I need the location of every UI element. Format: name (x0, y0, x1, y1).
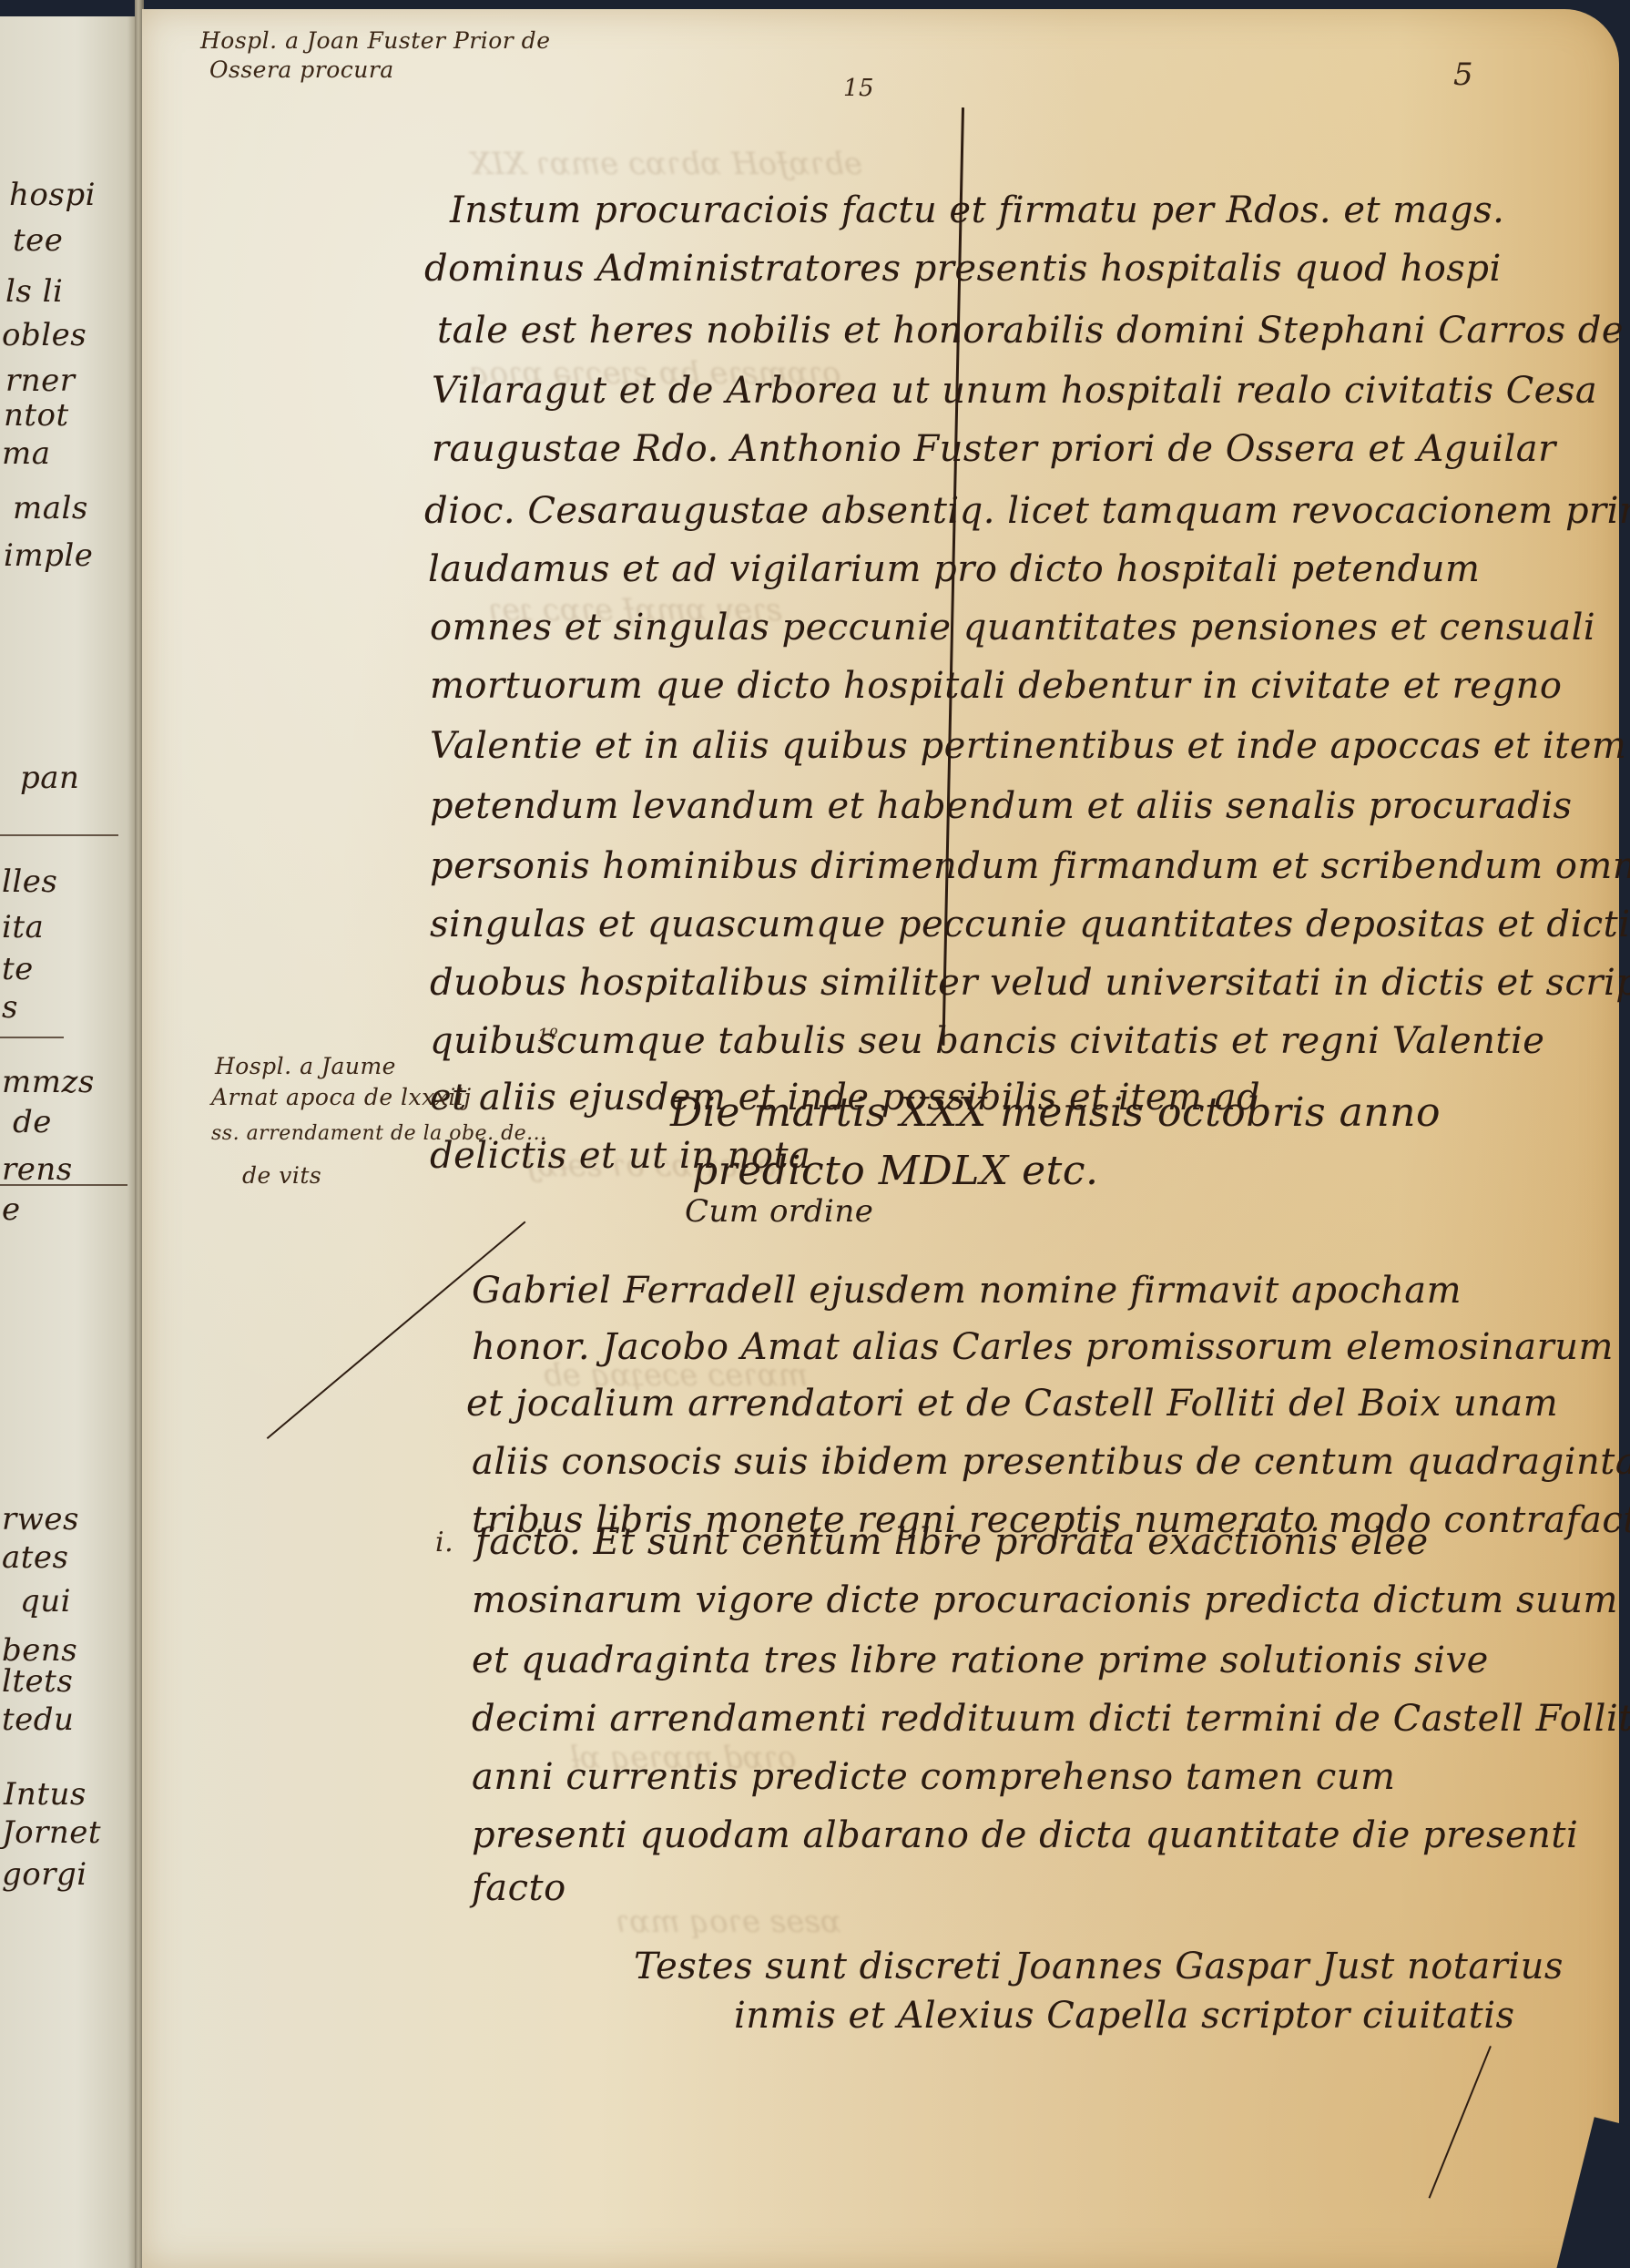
pen-tail-stroke (1429, 2046, 1492, 2199)
section-1-line: mortuorum que dicto hospitali debentur i… (430, 665, 1562, 707)
date-line-2: predicto MDLX etc. (692, 1148, 1099, 1194)
left-fragment: de (13, 1104, 52, 1140)
left-fragment: s (2, 989, 18, 1026)
section-1-line: singulas et quascumque peccunie quantita… (430, 904, 1630, 945)
date-line-1: Die martis XXX mensis octobris anno (670, 1089, 1441, 1136)
margin-note-middle-line-4: de vits (242, 1162, 321, 1189)
left-fragment: imple (4, 537, 93, 574)
left-fragment: qui (20, 1583, 71, 1619)
section-1-line: Instum procuraciois factu et firmatu per… (450, 189, 1504, 231)
left-fragment: pan (20, 760, 79, 796)
divider-line (0, 1184, 127, 1186)
section-2-line: decimi arrendamenti reddituum dicti term… (472, 1698, 1630, 1740)
section-1-line: personis hominibus dirimendum firmandum … (430, 845, 1630, 887)
section-1-line: omnes et singulas peccunie quantitates p… (430, 607, 1595, 649)
section-1-line: quibuscumque tabulis seu bancis civitati… (430, 1020, 1544, 1062)
margin-note-middle-line-2: Arnat apoca de lxxxiij (211, 1084, 472, 1110)
left-fragment: ma (2, 435, 51, 472)
left-fragment: ates (2, 1539, 69, 1576)
section-1-line: laudamus et ad vigilarium pro dicto hosp… (428, 548, 1480, 590)
manuscript-scan: hospi tee ls li obles rner ntot ma mals … (0, 0, 1630, 2268)
section-2-line: mosinarum vigore dicte procuracionis pre… (472, 1579, 1618, 1621)
section-1-line: petendum levandum et habendum et aliis s… (430, 785, 1573, 827)
section-2-line: honor. Jacobo Amat alias Carles promisso… (472, 1326, 1614, 1368)
section-1-line: dominus Administratores presentis hospit… (424, 248, 1502, 290)
left-fragment: ltets (2, 1663, 73, 1700)
section-1-line: dioc. Cesaraugustae absentiq. licet tamq… (424, 490, 1630, 532)
header-mark: 15 (843, 75, 874, 102)
left-fragment: e (2, 1191, 21, 1228)
divider-line (0, 1037, 64, 1038)
section-2-line: anni currentis predicte comprehenso tame… (472, 1756, 1395, 1798)
section-2-line: Gabriel Ferradell ejusdem nomine firmavi… (472, 1270, 1462, 1312)
section-1-closing: Cum ordine (685, 1193, 873, 1230)
left-fragment: tee (13, 222, 63, 259)
section-2-line: et quadraginta tres libre ratione prime … (472, 1640, 1489, 1681)
left-facing-page: hospi tee ls li obles rner ntot ma mals … (0, 16, 138, 2268)
left-fragment: tedu (2, 1701, 74, 1738)
left-fragment: Intus (4, 1776, 87, 1813)
margin-note-top-line-1: Hospl. a Joan Fuster Prior de (200, 27, 550, 54)
section-1-line: Valentie et in aliis quibus pertinentibu… (430, 725, 1626, 767)
left-fragment: ntot (4, 397, 69, 434)
left-fragment: rens (2, 1151, 73, 1188)
witness-line-1: Testes sunt discreti Joannes Gaspar Just… (634, 1946, 1564, 1987)
section-2-line: facto (472, 1867, 566, 1909)
left-fragment: Jornet (2, 1814, 101, 1851)
left-fragment: lles (2, 863, 57, 900)
left-fragment: obles (2, 317, 87, 353)
paragraph-mark: 1º (537, 1024, 558, 1046)
left-fragment: ita (2, 909, 44, 945)
left-fragment: rwes (2, 1501, 79, 1538)
section-1-line: raugustae Rdo. Anthonio Fuster priori de… (432, 428, 1556, 470)
margin-note-top-line-2: Ossera procura (209, 56, 394, 83)
witness-line-2: inmis et Alexius Capella scriptor ciuita… (734, 1995, 1515, 2037)
left-fragment: ls li (5, 273, 63, 310)
right-page: ɘbɿɒɈoH ɒbɿɒɔ ɘmɒɿ XIX oɿɒmƨɿɘ bɒ ƨʇɘɔɿǝ… (142, 9, 1619, 2268)
section-1-line: Vilaragut et de Arborea ut unum hospital… (432, 370, 1597, 412)
left-fragment: gorgi (2, 1856, 87, 1893)
left-fragment: rner (5, 363, 76, 399)
section-1-line: tale est heres nobilis et honorabilis do… (437, 310, 1624, 352)
paragraph-mark-bottom: i. (435, 1527, 453, 1558)
section-2-line: facto. Et sunt centum libre prorata exac… (475, 1521, 1429, 1563)
left-fragment: mmzs (2, 1064, 95, 1100)
margin-note-middle-line-1: Hospl. a Jaume (215, 1053, 396, 1079)
left-fragment: hospi (9, 177, 96, 213)
section-2-line: aliis consocis suis ibidem presentibus d… (472, 1441, 1630, 1483)
section-1-line: duobus hospitalibus similiter velud univ… (430, 962, 1630, 1004)
left-fragment: mals (13, 490, 88, 526)
folio-number: 5 (1453, 56, 1473, 93)
divider-line (0, 834, 118, 836)
section-2-line: presenti quodam albarano de dicta quanti… (472, 1814, 1578, 1856)
section-2-line: et jocalium arrendatori et de Castell Fo… (466, 1383, 1558, 1425)
left-fragment: te (2, 951, 34, 987)
margin-note-middle-line-3: ss. arrendament de la obe. de... (211, 1122, 547, 1145)
